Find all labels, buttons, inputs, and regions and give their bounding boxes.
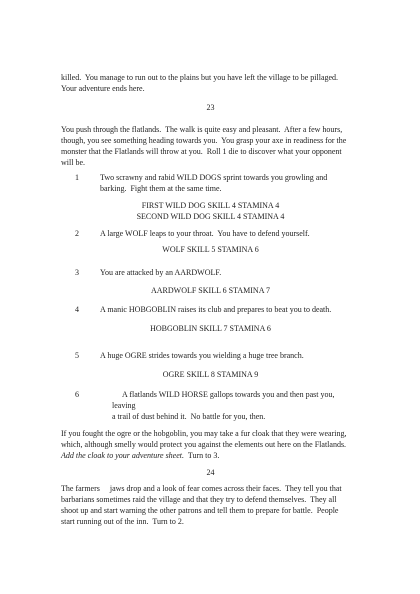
text-column: killed. You manage to run out to the pla… (61, 72, 360, 527)
section-23-outro: If you fought the ogre or the hobgoblin,… (61, 428, 360, 461)
die-result-text: A manic HOBGOBLIN raises its club and pr… (100, 304, 360, 315)
monster-stats-wild-dogs: FIRST WILD DOG SKILL 4 STAMINA 4 SECOND … (61, 200, 360, 222)
die-result-text: You are attacked by an AARDWOLF. (100, 267, 360, 278)
die-roll-number: 2 (75, 228, 100, 239)
die-result-row-5: 5 A huge OGRE strides towards you wieldi… (61, 350, 360, 361)
die-result-row-3: 3 You are attacked by an AARDWOLF. (61, 267, 360, 278)
die-roll-number: 4 (75, 304, 100, 315)
section-number-24: 24 (61, 467, 360, 478)
monster-stats-ogre: OGRE SKILL 8 STAMINA 9 (61, 369, 360, 380)
die-result-text: A huge OGRE strides towards you wielding… (100, 350, 360, 361)
monster-stats-hobgoblin: HOBGOBLIN SKILL 7 STAMINA 6 (61, 323, 360, 334)
die-roll-number: 6 (75, 389, 100, 400)
die-roll-number: 3 (75, 267, 100, 278)
die-result-text: Two scrawny and rabid WILD DOGS sprint t… (100, 172, 360, 194)
gamebook-page: killed. You manage to run out to the pla… (0, 0, 420, 594)
die-roll-number: 1 (75, 172, 100, 183)
section-23-intro: You push through the flatlands. The walk… (61, 124, 360, 168)
die-result-text: A large WOLF leaps to your throat. You h… (100, 228, 360, 239)
die-roll-number: 5 (75, 350, 100, 361)
outro-regular-text: If you fought the ogre or the hobgoblin,… (61, 429, 346, 449)
outro-italic-instruction: Add the cloak to your adventure sheet. (61, 451, 184, 460)
die-result-text: A flatlands WILD HORSE gallops towards y… (112, 389, 360, 422)
intro-paragraph: killed. You manage to run out to the pla… (61, 72, 360, 94)
monster-stats-aardwolf: AARDWOLF SKILL 6 STAMINA 7 (61, 285, 360, 296)
die-result-row-1: 1 Two scrawny and rabid WILD DOGS sprint… (61, 172, 360, 194)
die-result-row-6: 6 A flatlands WILD HORSE gallops towards… (61, 389, 360, 422)
section-24-body: The farmers jaws drop and a look of fear… (61, 483, 360, 527)
die-result-row-2: 2 A large WOLF leaps to your throat. You… (61, 228, 360, 239)
die-result-row-4: 4 A manic HOBGOBLIN raises its club and … (61, 304, 360, 315)
monster-stats-wolf: WOLF SKILL 5 STAMINA 6 (61, 244, 360, 255)
outro-turn-reference: Turn to 3. (184, 451, 219, 460)
section-number-23: 23 (61, 102, 360, 113)
